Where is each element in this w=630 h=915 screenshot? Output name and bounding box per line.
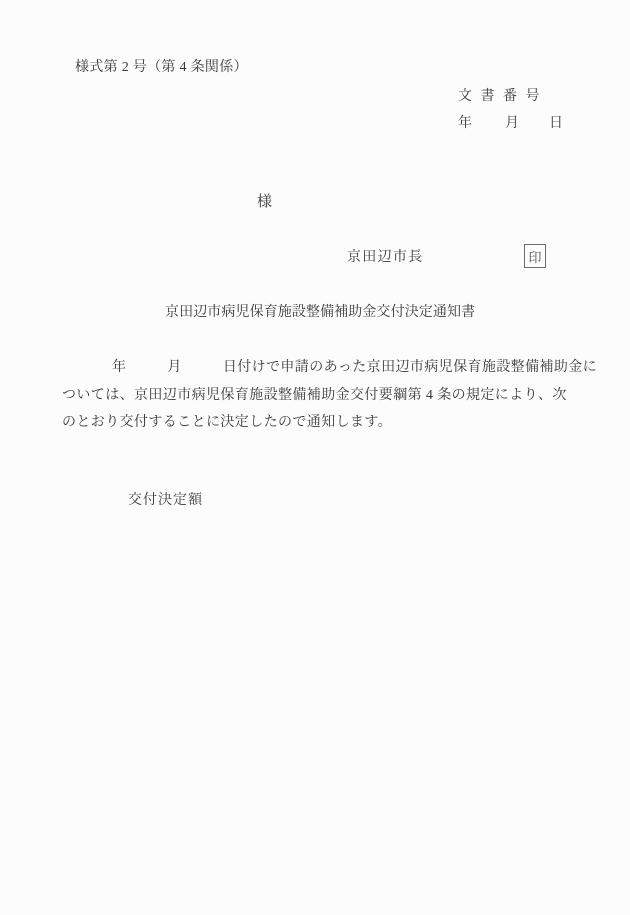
- body-date-month: 月: [167, 360, 181, 375]
- document-number-label: 文書番号: [458, 85, 548, 105]
- body-line-2: ついては、京田辺市病児保育施設整備補助金交付要綱第 4 条の規定により、次: [62, 382, 582, 410]
- body-paragraph: 年月日付けで申請のあった京田辺市病児保育施設整備補助金に ついては、京田辺市病児…: [62, 354, 582, 437]
- body-line-1-text: 日付けで申請のあった京田辺市病児保育施設整備補助金に: [223, 360, 597, 375]
- grant-amount-label: 交付決定額: [128, 489, 203, 509]
- form-number-label: 様式第 2 号（第 4 条関係）: [75, 56, 248, 76]
- body-date-year: 年: [112, 360, 126, 375]
- document-page: 様式第 2 号（第 4 条関係） 文書番号 年月日 様 京田辺市長 印 京田辺市…: [0, 0, 630, 915]
- header-date-day: 日: [549, 116, 563, 131]
- addressee-honorific: 様: [257, 190, 272, 211]
- seal-placeholder-box: 印: [524, 244, 546, 268]
- document-title: 京田辺市病児保育施設整備補助金交付決定通知書: [165, 301, 475, 321]
- header-date-month: 月: [505, 116, 519, 131]
- header-date-year: 年: [458, 116, 472, 131]
- body-line-1: 年月日付けで申請のあった京田辺市病児保育施設整備補助金に: [62, 354, 582, 382]
- sender-title: 京田辺市長: [347, 246, 424, 266]
- body-line-3: のとおり交付することに決定したので通知します。: [62, 409, 582, 437]
- seal-label: 印: [528, 247, 541, 266]
- header-date-line: 年月日: [458, 112, 563, 132]
